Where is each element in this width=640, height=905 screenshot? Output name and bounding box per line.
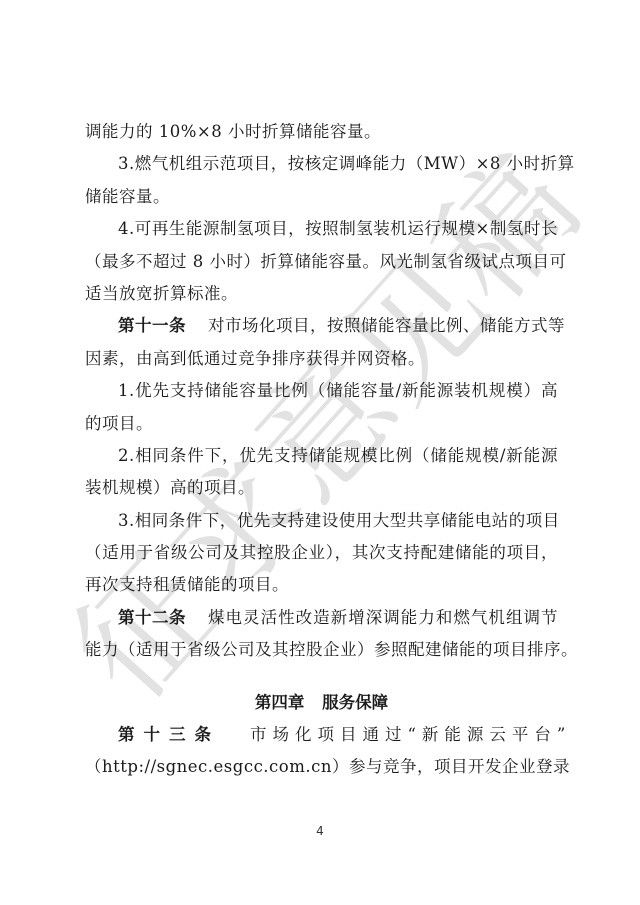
article-13-heading: 第十三条 <box>118 719 220 751</box>
article-13-first-line: 第十三条 市场化项目通过“新能源云平台” <box>85 719 558 751</box>
text-line: 的项目。 <box>85 408 558 440</box>
article-11-first-line: 第十一条 对市场化项目，按照储能容量比例、储能方式等 <box>85 310 558 342</box>
document-page: 征求意见稿 调能力的 10%×8 小时折算储能容量。 3.燃气机组示范项目，按核… <box>0 0 640 905</box>
text-line: （适用于省级公司及其控股企业），其次支持配建储能的项目， <box>85 537 558 569</box>
article-12-first-line: 第十二条 煤电灵活性改造新增深调能力和燃气机组调节 <box>85 602 558 634</box>
text-line: 因素，由高到低通过竞争排序获得并网资格。 <box>85 343 558 375</box>
text-line: 对市场化项目，按照储能容量比例、储能方式等 <box>208 310 565 342</box>
text-line: 3.相同条件下，优先支持建设使用大型共享储能电站的项目 <box>85 505 558 537</box>
page-body: 调能力的 10%×8 小时折算储能容量。 3.燃气机组示范项目，按核定调峰能力（… <box>85 116 558 784</box>
chapter-heading: 第四章 服务保障 <box>85 687 558 719</box>
article-11-heading: 第十一条 <box>118 310 186 342</box>
text-line: 能力（适用于省级公司及其控股企业）参照配建储能的项目排序。 <box>85 634 558 666</box>
text-line: 储能容量。 <box>85 181 558 213</box>
text-line: 3.燃气机组示范项目，按核定调峰能力（MW）×8 小时折算 <box>85 148 558 180</box>
text-line: 4.可再生能源制氢项目，按照制氢装机运行规模×制氢时长 <box>85 213 558 245</box>
text-line: （最多不超过 8 小时）折算储能容量。风光制氢省级试点项目可 <box>85 246 558 278</box>
text-line: 调能力的 10%×8 小时折算储能容量。 <box>85 116 558 148</box>
text-line: 1.优先支持储能容量比例（储能容量/新能源装机规模）高 <box>85 375 558 407</box>
text-line: 市场化项目通过“新能源云平台” <box>250 719 571 751</box>
text-line: 2.相同条件下，优先支持储能规模比例（储能规模/新能源 <box>85 440 558 472</box>
text-line: 再次支持租赁储能的项目。 <box>85 569 558 601</box>
text-line: （http://sgnec.esgcc.com.cn）参与竞争，项目开发企业登录 <box>85 751 558 783</box>
text-line: 装机规模）高的项目。 <box>85 472 558 504</box>
text-line: 煤电灵活性改造新增深调能力和燃气机组调节 <box>208 602 558 634</box>
text-line: 适当放宽折算标准。 <box>85 278 558 310</box>
page-number: 4 <box>0 824 640 838</box>
article-12-heading: 第十二条 <box>118 602 186 634</box>
